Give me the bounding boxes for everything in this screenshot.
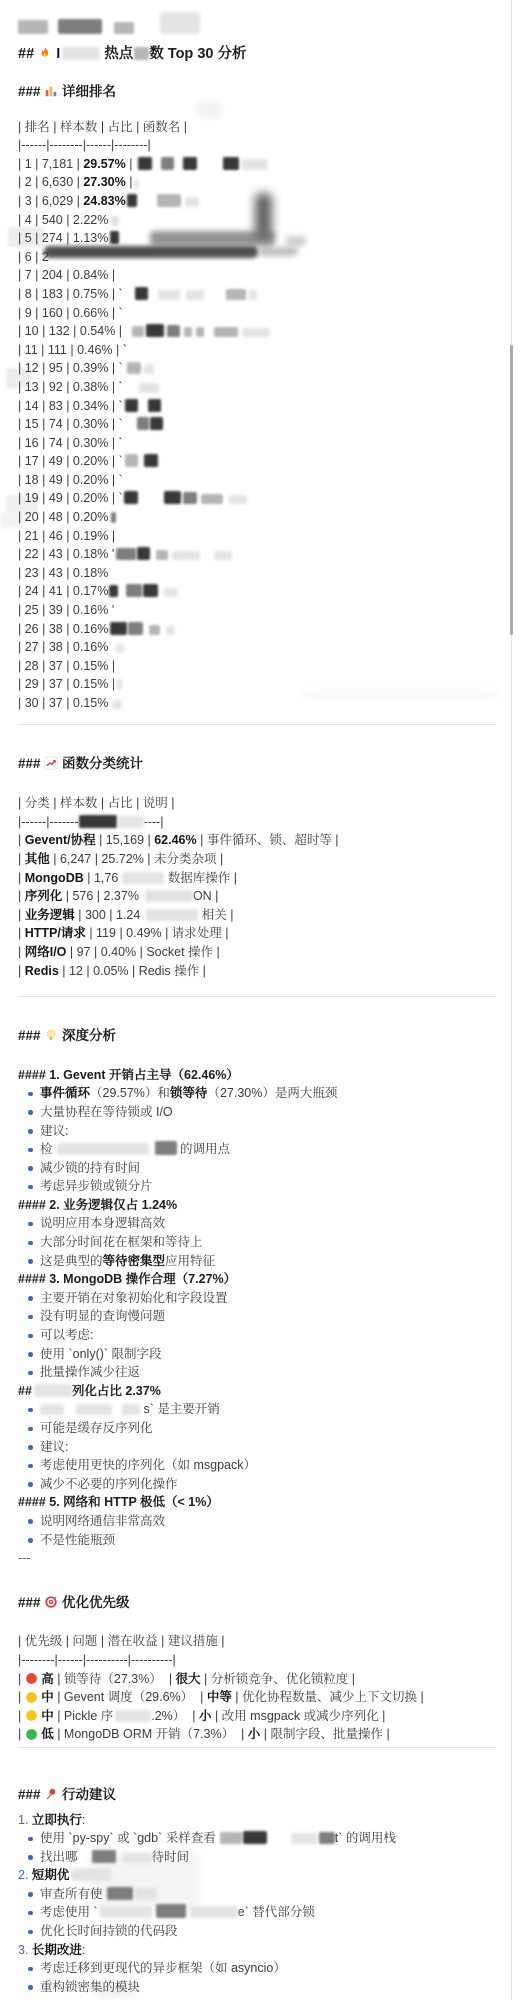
redaction-blob	[92, 1850, 116, 1863]
text: | 13 | 92 | 0.38% | `	[18, 380, 123, 394]
redaction-blob	[71, 1868, 111, 1881]
redaction-blob	[149, 625, 160, 635]
text: | 26 | 38 | 0.16%	[18, 622, 108, 636]
divider	[18, 724, 496, 725]
fire-icon	[38, 44, 52, 65]
table-line: | 5 | 274 | 1.13%	[18, 229, 504, 248]
bold-text: 小	[248, 1727, 261, 1741]
text: | 8 | 183 | 0.75% | `	[18, 287, 123, 301]
text: | 6,247 | 25.72% | 未分类杂项 |	[50, 852, 223, 866]
redaction-blob	[196, 327, 204, 337]
redaction-blob	[214, 327, 238, 337]
text: 说明应用本身逻辑高效	[40, 1216, 165, 1230]
text: ----|	[144, 815, 164, 829]
bullet-item: 说明应用本身逻辑高效	[18, 1214, 504, 1233]
redaction-blob	[158, 290, 180, 300]
text: 审查所有使	[40, 1887, 103, 1901]
text: | 21 | 46 | 0.19% |	[18, 529, 115, 543]
text: 不是性能瓶颈	[40, 1533, 115, 1547]
table-line: | MongoDB | 1,76 数据库操作 |	[18, 869, 504, 888]
redaction-blob	[116, 548, 136, 560]
bullet-item: s` 是主要开销	[18, 1400, 504, 1419]
text: 检	[40, 1142, 53, 1156]
bullet-item: 可能是缓存反序列化	[18, 1419, 504, 1438]
bullet-item: 减少锁的持有时间	[18, 1159, 504, 1178]
text: 建议:	[40, 1440, 68, 1454]
bold-text: Redis	[25, 964, 59, 978]
table-line: | 25 | 39 | 0.16% '	[18, 601, 504, 620]
text: 找出哪	[40, 1850, 78, 1864]
subsection-heading: #### 1. Gevent 开销占主导（62.46%）	[18, 1066, 504, 1085]
redaction-blob	[242, 159, 268, 170]
redaction-blob	[249, 290, 257, 300]
text: | 300 | 1.24	[75, 908, 141, 922]
table-line: | 13 | 92 | 0.38% | `	[18, 378, 504, 397]
table-line: | 分类 | 样本数 | 占比 | 说明 |	[18, 794, 504, 813]
redaction-blob	[122, 872, 164, 884]
text: 函数分类统计	[58, 756, 143, 771]
text: | 20 | 48 | 0.20%	[18, 510, 108, 524]
text: | 12 | 0.05% | Redis 操作 |	[59, 964, 206, 978]
redaction-blob	[229, 495, 247, 504]
bullet-item: 不是性能瓶颈	[18, 1531, 504, 1550]
table-line: |------|--------|------|--------|	[18, 136, 504, 155]
redaction-blob	[167, 325, 180, 337]
doc-title: ## I 热点数 Top 30 分析	[18, 44, 504, 65]
text: e` 替代部分锁	[238, 1905, 315, 1919]
text: ###	[18, 1595, 44, 1610]
text: |	[126, 157, 136, 171]
redaction-blob	[134, 47, 149, 60]
redaction-blob	[183, 492, 197, 504]
subsection-heading: #### 5. 网络和 HTTP 极低（< 1%）	[18, 1493, 504, 1512]
document-body: ## I 热点数 Top 30 分析### 详细排名| 排名 | 样本数 | 占…	[0, 12, 504, 1996]
text: | 29 | 37 | 0.15% |	[18, 677, 115, 691]
text: | 12 | 95 | 0.39% | `	[18, 361, 123, 375]
redaction-blob	[115, 1710, 151, 1722]
section-heading: ### 函数分类统计	[18, 755, 504, 774]
text: | 19 | 49 | 0.20% | `	[18, 491, 123, 505]
table-line: | 网络I/O | 97 | 0.40% | Socket 操作 |	[18, 943, 504, 962]
text: |	[18, 833, 25, 847]
subsection-heading: #### 3. MongoDB 操作合理（7.27%）	[18, 1270, 504, 1289]
bold-text: 高	[41, 1672, 54, 1686]
table-line: | Gevent/协程 | 15,169 | 62.46% | 事件循环、锁、超…	[18, 831, 504, 850]
table-line: | 24 | 41 | 0.17%	[18, 582, 504, 601]
numbered-item: 3. 长期改进:	[18, 1941, 504, 1960]
redaction-blob	[79, 815, 117, 828]
redaction-blob	[184, 327, 192, 337]
table-line: | 10 | 132 | 0.54% |	[18, 322, 504, 341]
redaction-blob	[124, 491, 138, 504]
table-line: | 20 | 48 | 0.20%	[18, 508, 504, 527]
redaction-blob	[137, 547, 150, 560]
redaction-blob	[62, 47, 100, 60]
redaction-blob	[137, 417, 149, 430]
bold-text: 立即执行	[32, 1813, 82, 1827]
redaction-blob	[201, 494, 223, 504]
text: | 22 | 43 | 0.18% '	[18, 547, 114, 561]
table-line: | 中 | Gevent 调度（29.6%） | 中等 | 优化协程数量、减少上…	[18, 1688, 504, 1707]
text: 优化优先级	[58, 1595, 129, 1610]
redaction-blob	[145, 890, 193, 902]
text: |	[18, 889, 25, 903]
text: :	[82, 1943, 85, 1957]
text: 待时间	[152, 1850, 190, 1864]
table-line: | 优先级 | 问题 | 潜在收益 | 建议措施 |	[18, 1632, 504, 1651]
divider	[18, 1747, 496, 1748]
table-line: | 9 | 160 | 0.66% | `	[18, 304, 504, 323]
text: 没有明显的查询慢问题	[40, 1309, 165, 1323]
bullet-item: 批量操作减少往返	[18, 1363, 504, 1382]
redaction-blob	[135, 1888, 157, 1900]
text: .2%） |	[151, 1709, 199, 1723]
section-heading: ### 深度分析	[18, 1027, 504, 1046]
text: |	[18, 1690, 25, 1704]
text: | 119 | 0.49% | 请求处理 |	[86, 926, 229, 940]
bold-text: 29.57%	[83, 157, 125, 171]
redaction-blob	[57, 1143, 149, 1155]
table-line: | 21 | 46 | 0.19% |	[18, 527, 504, 546]
table-line: | 1 | 7,181 | 29.57% |	[18, 155, 504, 174]
text: | 4 | 540 | 2.22%	[18, 213, 108, 227]
bullet-item: 说明网络通信非常高效	[18, 1512, 504, 1531]
text: | 7 | 204 | 0.84% |	[18, 268, 115, 282]
yellow-circle-icon	[25, 1707, 38, 1726]
redacted-line	[18, 12, 504, 36]
text: （29.57%）和	[90, 1086, 170, 1100]
text: 可以考虑:	[40, 1328, 93, 1342]
redaction-blob	[139, 383, 159, 393]
text: | Gevent 调度（29.6%） |	[54, 1690, 207, 1704]
text: ##	[18, 1384, 32, 1398]
bullet-item: 大部分时间花在框架和等待上	[18, 1233, 504, 1252]
text: 考虑异步锁或锁分片	[40, 1179, 153, 1193]
redaction-blob	[172, 551, 200, 560]
redaction-blob	[100, 1906, 152, 1918]
text: 的调用点	[177, 1142, 230, 1156]
redaction-blob	[183, 157, 197, 170]
redaction-blob	[110, 231, 119, 244]
bullet-item: 可以考虑:	[18, 1326, 504, 1345]
bullet-item: 事件循环（29.57%）和锁等待（27.30%）是两大瓶颈	[18, 1084, 504, 1103]
text: #### 5. 网络和 HTTP 极低（< 1%）	[18, 1495, 219, 1509]
text: | 17 | 49 | 0.20% | `	[18, 454, 123, 468]
bar-chart-icon	[44, 83, 58, 101]
table-line: | 4 | 540 | 2.22%	[18, 211, 504, 230]
redaction-blob	[319, 1832, 335, 1844]
table-line: | 18 | 49 | 0.20% | `	[18, 471, 504, 490]
bullet-item: 建议:	[18, 1438, 504, 1457]
text: | 1 | 7,181 |	[18, 157, 83, 171]
section-heading: ### 详细排名	[18, 83, 504, 102]
text: | 排名 | 样本数 | 占比 | 函数名 |	[18, 120, 187, 134]
text: 考虑迁移到更现代的异步框架（如 asyncio）	[40, 1961, 286, 1975]
bullet-item: 减少不必要的序列化操作	[18, 1475, 504, 1494]
redaction-blob	[226, 289, 246, 300]
text: s` 是主要开销	[140, 1402, 220, 1416]
bullet-item: 没有明显的查询慢问题	[18, 1307, 504, 1326]
text: I	[52, 46, 60, 62]
text: | 23 | 43 | 0.18%	[18, 566, 108, 580]
redaction-blob	[155, 1141, 177, 1155]
text: | 1,76	[84, 871, 119, 885]
text: |	[18, 1709, 25, 1723]
section-heading: ### 优化优先级	[18, 1594, 504, 1613]
bold-text: 27.30%	[83, 175, 125, 189]
redaction-blob	[125, 399, 138, 412]
text: ON |	[193, 889, 218, 903]
redaction-blob	[146, 324, 164, 337]
redaction-blob	[190, 1906, 238, 1918]
text: 考虑使用更快的序列化（如 msgpack）	[40, 1458, 256, 1472]
text: 减少锁的持有时间	[40, 1161, 140, 1175]
text: | 25 | 39 | 0.16% '	[18, 603, 114, 617]
redaction-blob	[164, 491, 181, 504]
redaction-blob	[132, 326, 144, 337]
redaction-blob	[127, 194, 137, 207]
text: 说明网络通信非常高效	[40, 1514, 165, 1528]
text: | 18 | 49 | 0.20% | `	[18, 473, 123, 487]
redaction-blob	[109, 585, 118, 597]
bold-text: 小	[199, 1709, 212, 1723]
text: |	[18, 1672, 25, 1686]
text: 这是典型的	[40, 1254, 103, 1268]
divider	[18, 996, 496, 997]
redaction-blob	[125, 454, 138, 467]
text: 使用 `only()` 限制字段	[40, 1347, 162, 1361]
text: 热点	[100, 46, 133, 62]
bold-text: 业务逻辑	[25, 908, 75, 922]
list-number: 1.	[18, 1813, 32, 1827]
bullet-item: 大量协程在等待锁或 I/O	[18, 1103, 504, 1122]
text: | 分类 | 样本数 | 占比 | 说明 |	[18, 796, 175, 810]
text: | 2 | 6,630 |	[18, 175, 83, 189]
table-line: | 业务逻辑 | 300 | 1.24 相关 |	[18, 906, 504, 925]
table-line: | 3 | 6,029 | 24.83%	[18, 192, 504, 211]
redaction-blob	[126, 584, 142, 597]
text: | 14 | 83 | 0.34% | `	[18, 399, 123, 413]
bold-text: 中	[41, 1690, 54, 1704]
text: 深度分析	[58, 1028, 116, 1043]
redaction-blob	[40, 1404, 64, 1415]
text: |	[18, 871, 25, 885]
scrollbar-track	[511, 0, 513, 2000]
table-line: | 19 | 49 | 0.20% | `	[18, 489, 504, 508]
text: |	[18, 852, 25, 866]
text: |	[18, 908, 25, 922]
table-line: | Redis | 12 | 0.05% | Redis 操作 |	[18, 962, 504, 981]
text: | 24 | 41 | 0.17%	[18, 584, 108, 598]
text: 可能是缓存反序列化	[40, 1421, 153, 1435]
numbered-item: 2. 短期优	[18, 1866, 504, 1885]
text: |	[126, 175, 133, 189]
bold-text: 短期优	[32, 1868, 70, 1882]
list-number: 2.	[18, 1868, 32, 1882]
bold-text: 62.46%	[154, 833, 196, 847]
text: 主要开销在对象初始化和字段设置	[40, 1291, 228, 1305]
redaction-blob	[148, 399, 161, 412]
bold-text: Gevent/协程	[25, 833, 96, 847]
text: | 9 | 160 | 0.66% | `	[18, 306, 123, 320]
bulb-icon	[44, 1027, 58, 1045]
table-line: | 其他 | 6,247 | 25.72% | 未分类杂项 |	[18, 850, 504, 869]
red-circle-icon	[25, 1670, 38, 1689]
table-line: | 29 | 37 | 0.15% |	[18, 675, 504, 694]
bold-text: 锁等待	[170, 1086, 208, 1100]
table-line: | 26 | 38 | 0.16%	[18, 620, 504, 639]
text: |	[18, 964, 25, 978]
redaction-blob	[135, 287, 148, 300]
text: | 10 | 132 | 0.54% |	[18, 324, 122, 338]
text: | 15,169 |	[96, 833, 155, 847]
bullet-item: 考虑异步锁或锁分片	[18, 1177, 504, 1196]
table-line: | 30 | 37 | 0.15%	[18, 694, 504, 713]
text: | 28 | 37 | 0.15% |	[18, 659, 115, 673]
text: |--------|------|----------|----------|	[18, 1653, 176, 1667]
bold-text: 序列化	[25, 889, 63, 903]
text: | 事件循环、锁、超时等 |	[197, 833, 339, 847]
redaction-blob	[242, 328, 270, 337]
target-icon	[44, 1594, 58, 1612]
bullet-item: 审查所有使	[18, 1885, 504, 1904]
bullet-item: 主要开销在对象初始化和字段设置	[18, 1289, 504, 1308]
text: 大量协程在等待锁或 I/O	[40, 1105, 173, 1119]
text: ###	[18, 1787, 44, 1802]
bold-text: 中	[41, 1709, 54, 1723]
redaction-blob	[138, 157, 152, 170]
text: | 11 | 111 | 0.46% | `	[18, 343, 127, 357]
redaction-blob	[146, 909, 198, 921]
redaction-blob	[144, 364, 154, 374]
text: |	[18, 926, 25, 940]
bold-text: MongoDB	[25, 871, 84, 885]
table-line: | 6 | 2	[18, 248, 504, 267]
table-line: | 15 | 74 | 0.30% | `	[18, 415, 504, 434]
text: 数 Top 30 分析	[149, 46, 246, 62]
redaction-blob	[161, 157, 174, 170]
redaction-blob	[156, 1904, 186, 1918]
table-line: | 2 | 6,630 | 27.30% |	[18, 173, 504, 192]
redaction-blob	[160, 12, 200, 34]
paragraph-line: ---	[18, 1549, 504, 1568]
text: | 锁等待（27.3%） |	[54, 1672, 176, 1686]
bullet-item: 建议:	[18, 1122, 504, 1141]
text: | Pickle 序	[54, 1709, 114, 1723]
table-line: |------|-----------|	[18, 813, 504, 832]
pin-icon	[44, 1786, 58, 1804]
text: 优化长时间持锁的代码段	[40, 1924, 178, 1938]
text: #### 1. Gevent 开销占主导（62.46%）	[18, 1068, 239, 1082]
text: | 6 | 2	[18, 250, 49, 264]
table-line: | HTTP/请求 | 119 | 0.49% | 请求处理 |	[18, 924, 504, 943]
redaction-blob	[134, 180, 139, 188]
redaction-blob	[214, 551, 232, 560]
text: 批量操作减少往返	[40, 1365, 140, 1379]
text: |	[18, 945, 25, 959]
redaction-blob	[114, 22, 134, 34]
text: 考虑使用 `	[40, 1905, 98, 1919]
redaction-blob	[223, 157, 239, 170]
redaction-blob	[111, 216, 119, 226]
text: 重构锁密集的模块	[40, 1980, 140, 1994]
bold-text: 低	[41, 1727, 54, 1741]
text: | 5 | 274 | 1.13%	[18, 231, 108, 245]
text: 行动建议	[58, 1787, 116, 1802]
bold-text: 网络I/O	[25, 945, 67, 959]
text: ###	[18, 1028, 44, 1043]
text: 详细排名	[58, 84, 116, 99]
text: | MongoDB ORM 开销（7.3%） |	[54, 1727, 248, 1741]
text: ###	[18, 84, 44, 99]
bullet-item: 使用 `only()` 限制字段	[18, 1345, 504, 1364]
text: #### 2. 业务逻辑仅占 1.24%	[18, 1198, 177, 1212]
bold-text: 其他	[25, 852, 50, 866]
table-line: | 23 | 43 | 0.18%	[18, 564, 504, 583]
redaction-blob	[18, 20, 48, 34]
bullet-item: 找出哪待时间	[18, 1848, 504, 1867]
bullet-item: 这是典型的等待密集型应用特征	[18, 1252, 504, 1271]
list-number: 3.	[18, 1943, 32, 1957]
bold-text: 等待密集型	[103, 1254, 166, 1268]
redaction-blob	[157, 194, 181, 207]
text: 使用 `py-spy` 或 `gdb` 采样查看	[40, 1831, 216, 1845]
text: 应用特征	[165, 1254, 215, 1268]
text: |------|-------	[18, 815, 79, 829]
text: | 改用 msgpack 或减少序列化 |	[211, 1709, 385, 1723]
table-line: | 11 | 111 | 0.46% | `	[18, 341, 504, 360]
text: | 16 | 74 | 0.30% | `	[18, 436, 123, 450]
text: | 576 | 2.37%	[62, 889, 139, 903]
redaction-blob	[143, 584, 158, 597]
text: |	[18, 1727, 25, 1741]
table-line: | 7 | 204 | 0.84% |	[18, 266, 504, 285]
text: ##	[18, 46, 38, 62]
text: ###	[18, 756, 44, 771]
text: |------|--------|------|--------|	[18, 138, 151, 152]
bullet-item: 优化长时间持锁的代码段	[18, 1922, 504, 1941]
table-line: | 17 | 49 | 0.20% | `	[18, 452, 504, 471]
bold-text: 事件循环	[40, 1086, 90, 1100]
table-line: | 高 | 锁等待（27.3%） | 很大 | 分析锁竞争、优化锁粒度 |	[18, 1670, 504, 1689]
redaction-blob	[220, 1832, 242, 1844]
bold-text: 长期改进	[32, 1943, 82, 1957]
text: | 30 | 37 | 0.15%	[18, 696, 108, 710]
scrollbar-thumb[interactable]	[510, 345, 513, 635]
redaction-blob	[34, 1384, 72, 1397]
bullet-item: 使用 `py-spy` 或 `gdb` 采样查看t` 的调用栈	[18, 1829, 504, 1848]
text: 相关 |	[198, 908, 233, 922]
table-line: | 27 | 38 | 0.16%	[18, 638, 504, 657]
redaction-blob	[128, 622, 143, 635]
table-line: | 28 | 37 | 0.15% |	[18, 657, 504, 676]
subsection-heading: #### 2. 业务逻辑仅占 1.24%	[18, 1196, 504, 1215]
yellow-circle-icon	[25, 1688, 38, 1707]
text: | 优先级 | 问题 | 潜在收益 | 建议措施 |	[18, 1634, 225, 1648]
bold-text: 中等	[207, 1690, 232, 1704]
redaction-blob	[166, 626, 175, 635]
redaction-blob	[150, 417, 163, 430]
redaction-blob	[164, 588, 178, 597]
table-line: | 低 | MongoDB ORM 开销（7.3%） | 小 | 限制字段、批量…	[18, 1725, 504, 1744]
table-line: |--------|------|----------|----------|	[18, 1651, 504, 1670]
redaction-blob	[127, 362, 141, 374]
text: | 15 | 74 | 0.30% | `	[18, 417, 123, 431]
redaction-blob	[243, 1831, 267, 1844]
table-line: | 排名 | 样本数 | 占比 | 函数名 |	[18, 118, 504, 137]
bullet-item: 考虑使用 `e` 替代部分锁	[18, 1903, 504, 1922]
chart-up-icon	[44, 755, 58, 773]
